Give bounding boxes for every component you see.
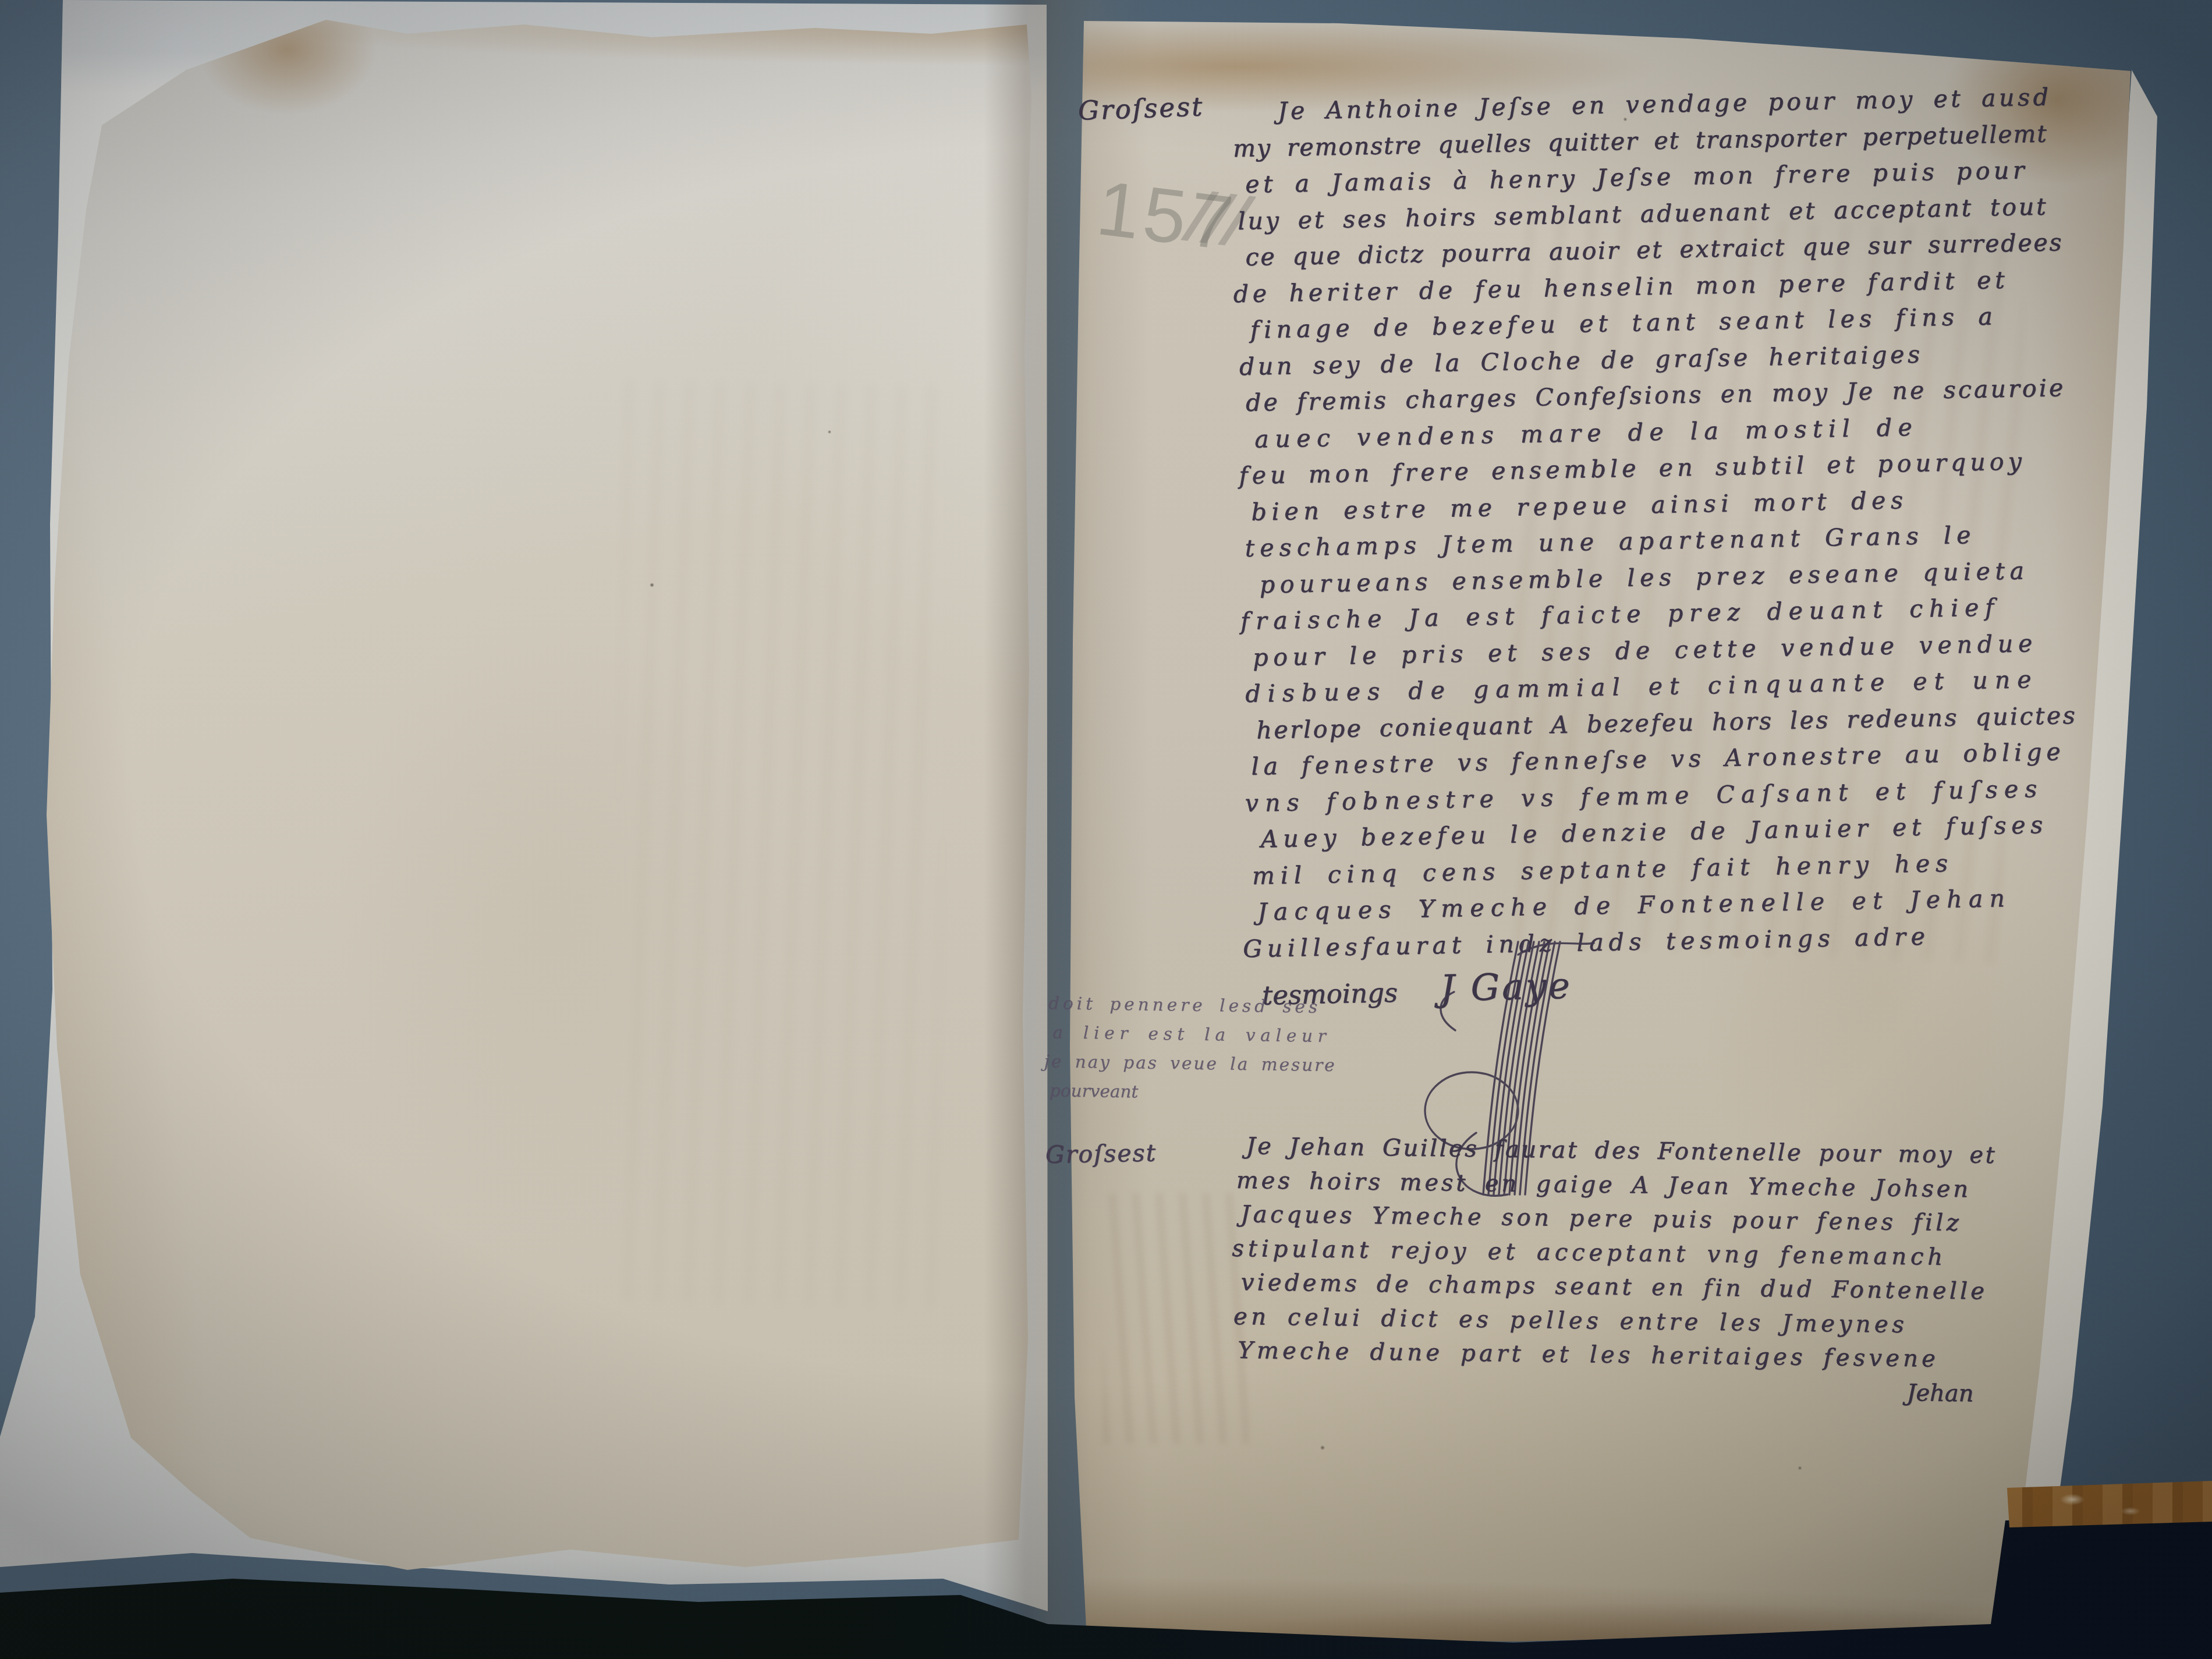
manuscript-line: doit pennere lesd ses xyxy=(1048,988,1363,1022)
margin-annotation-top-text: Groſsest xyxy=(1077,91,1204,126)
right-page-bleedthrough-smudge-lower xyxy=(1103,1193,1249,1444)
marginal-attestation-note: doit pennere lesd sesa lier est la valeu… xyxy=(1047,988,1363,1109)
left-page-showthrough-smudge xyxy=(609,381,951,1307)
manuscript-line: a lier est la valeur xyxy=(1052,1018,1363,1051)
margin-annotation-bottom-text: Groſsest xyxy=(1045,1139,1157,1168)
act-paragraph-2: Je Jehan Guilles faurat des Fontenelle p… xyxy=(1237,1129,2003,1411)
manuscript-line: Jehan xyxy=(1906,1376,2000,1411)
folio-pencil-number: 157 III xyxy=(1093,164,1241,268)
act-paragraph-1: Je Anthoine Jeſse en vendage pour moy et… xyxy=(1241,79,2072,966)
margin-annotation-bottom: Groſsest xyxy=(1045,1139,1157,1168)
manuscript-line: pourveant xyxy=(1050,1076,1362,1109)
margin-annotation-top: Groſsest xyxy=(1077,91,1204,126)
manuscript-line: je nay pas veue la mesure xyxy=(1044,1047,1362,1080)
manuscript-photo: Groſsest 157 III Je Anthoine Jeſse en ve… xyxy=(0,0,2212,1659)
